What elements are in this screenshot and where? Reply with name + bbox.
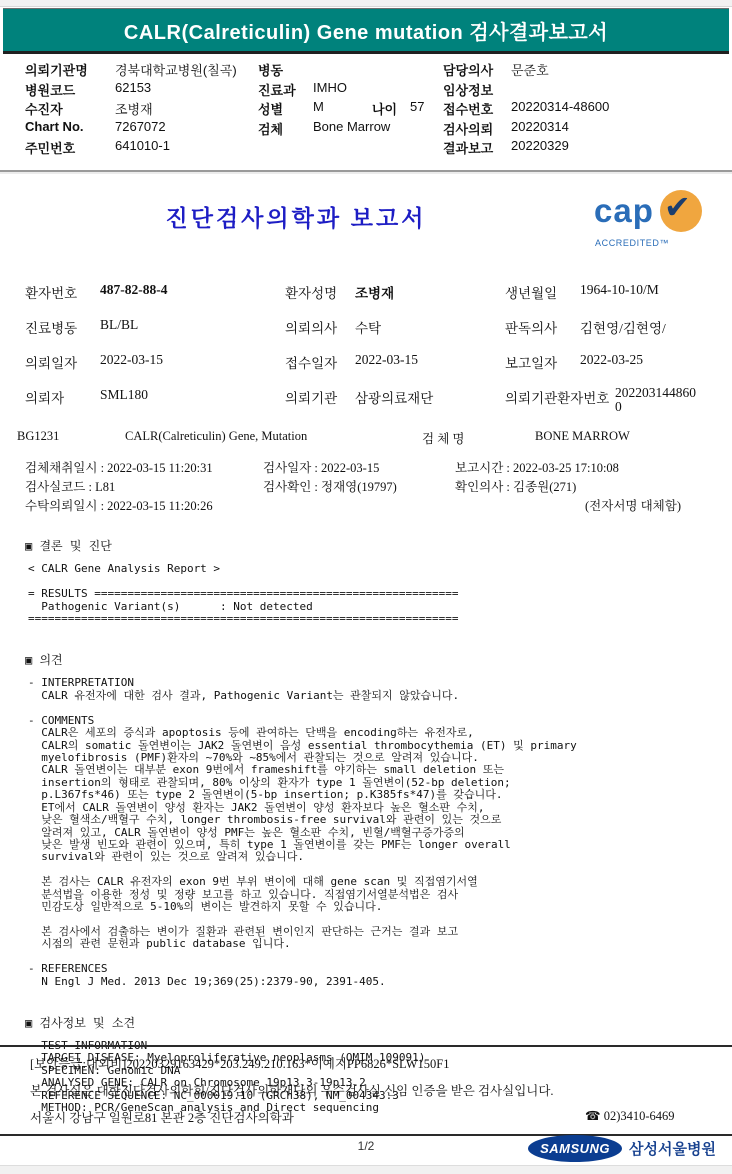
lab-details: 검체채취일시 : 2022-03-15 11:20:31 검사일자 : 2022… (25, 458, 732, 515)
header-row: 담당의사 문준호 (443, 60, 723, 80)
field-label: 접수번호 (443, 99, 511, 118)
field-label: 병동 (258, 60, 313, 79)
field-value: 57 (410, 99, 424, 114)
field-value: BL/BL (100, 317, 285, 337)
table-row: 환자번호 487-82-88-4 환자성명 조병재 생년월일 1964-10-1… (25, 282, 732, 302)
test-name: CALR(Calreticulin) Gene, Mutation (125, 429, 422, 447)
field-label: 접수일자 (285, 352, 355, 372)
field-label: 수진자 (25, 99, 115, 118)
footer-top-rule (0, 1045, 732, 1047)
patient-name: 조병재 (355, 282, 505, 302)
phone-icon: ☎ (585, 1109, 601, 1123)
header-row: 검체 Bone Marrow (258, 119, 443, 139)
field-label: 의뢰일자 (25, 352, 100, 372)
patient-number: 487-82-88-4 (100, 282, 285, 302)
cap-accredited-logo: ✔ cap ACCREDITED™ (594, 190, 704, 246)
field-label: 담당의사 (443, 60, 511, 79)
header-row: 주민번호 641010-1 (25, 138, 255, 158)
report-footer: [보안등급:대외비]20220329163429*203.249.210.163… (0, 1045, 732, 1153)
field-value: 보고시간 : 2022-03-25 17:10:08 (455, 458, 732, 477)
table-row: 검체채취일시 : 2022-03-15 11:20:31 검사일자 : 2022… (25, 458, 732, 477)
test-code: BG1231 (17, 429, 125, 447)
field-value: 2022-03-15 (100, 352, 285, 372)
field-label: 결과보고 (443, 138, 511, 157)
header-row: 접수번호 20220314-48600 (443, 99, 723, 119)
header-row: 진료과 IMHO (258, 80, 443, 100)
field-label: 환자번호 (25, 282, 100, 302)
field-value: 문준호 (511, 60, 549, 79)
field-label: Chart No. (25, 119, 115, 134)
security-line: [보안등급:대외비]20220329163429*203.249.210.163… (30, 1054, 732, 1072)
field-value: 검체채취일시 : 2022-03-15 11:20:31 (25, 458, 263, 477)
field-value: IMHO (313, 80, 347, 95)
field-label: 검사의뢰 (443, 119, 511, 138)
field-label: 병원코드 (25, 80, 115, 99)
samsung-logo-icon: SAMSUNG (528, 1135, 622, 1162)
order-header-left: 의뢰기관명 경북대학교병원(칠곡) 병원코드 62153 수진자 조병재 Cha… (25, 60, 255, 158)
field-value: 조병재 (115, 99, 153, 118)
header-row: 병원코드 62153 (25, 80, 255, 100)
lab-address: 서울시 강남구 일원로81 본관 2층 진단검사의학과 (30, 1111, 294, 1125)
accreditation-line: 본 검사실은 대한진단검사의학회/진단검사의학재단의 우수검사실 신임 인증을 … (30, 1081, 732, 1099)
field-value: 1964-10-10/M (580, 282, 732, 302)
field-value: 20220314 (511, 119, 569, 134)
field-value: Bone Marrow (313, 119, 390, 134)
field-label: 임상정보 (443, 80, 511, 99)
field-label: 의뢰기관환자번호 (505, 387, 615, 414)
field-value: 수탁 (355, 317, 505, 337)
field-value: 7267072 (115, 119, 166, 134)
conclusion-heading: ▣ 결론 및 진단 (25, 537, 732, 554)
opinion-heading: ▣ 의견 (25, 651, 732, 668)
field-value: 검사실코드 : L81 (25, 477, 263, 496)
field-label: 판독의사 (505, 317, 580, 337)
electronic-signature-note: (전자서명 대체함) (455, 496, 732, 515)
table-row: 검사실코드 : L81 검사확인 : 정재영(19797) 확인의사 : 김종원… (25, 477, 732, 496)
department-report-title: 진단검사의학과 보고서 (0, 200, 592, 233)
field-label: 의뢰기관명 (25, 60, 115, 79)
phone-line: ☎ 02)3410-6469 (585, 1108, 675, 1124)
top-strip (0, 0, 732, 7)
header-row: 병동 (258, 60, 443, 80)
field-label: 의뢰의사 (285, 317, 355, 337)
field-value: SML180 (100, 387, 285, 414)
field-label: 주민번호 (25, 138, 115, 157)
report-banner-title: CALR(Calreticulin) Gene mutation 검사결과보고서 (124, 16, 608, 45)
header-row: 임상정보 (443, 80, 723, 100)
field-label: 의뢰자 (25, 387, 100, 414)
opinion-body: - INTERPRETATION CALR 유전자에 대한 검사 결과, Pat… (28, 677, 732, 988)
field-label: 보고일자 (505, 352, 580, 372)
field-value: 수탁의뢰일시 : 2022-03-15 11:20:26 (25, 496, 263, 515)
report-banner: CALR(Calreticulin) Gene mutation 검사결과보고서 (3, 8, 729, 54)
test-title-row: BG1231 CALR(Calreticulin) Gene, Mutation… (17, 429, 732, 447)
phone-number: 02)3410-6469 (604, 1109, 675, 1123)
test-info-heading: ▣ 검사정보 및 소견 (25, 1014, 732, 1031)
cap-check-icon: ✔ (660, 190, 702, 232)
field-value: 62153 (115, 80, 151, 95)
table-row: 의뢰자 SML180 의뢰기관 삼광의료재단 의뢰기관환자번호 20220314… (25, 387, 732, 414)
field-label: 생년월일 (505, 282, 580, 302)
field-value: 2022-03-25 (580, 352, 732, 372)
cap-accredited-label: ACCREDITED™ (595, 238, 669, 248)
address-line: 서울시 강남구 일원로81 본관 2층 진단검사의학과 ☎ 02)3410-64… (30, 1108, 732, 1126)
order-header-middle: 병동 진료과 IMHO 성별 M 나이 57 검체 Bone Marrow (258, 60, 443, 138)
table-row: 진료병동 BL/BL 의뢰의사 수탁 판독의사 김현영/김현영/ (25, 317, 732, 337)
field-label: 환자성명 (285, 282, 355, 302)
field-value: 확인의사 : 김종원(271) (455, 477, 732, 496)
header-row: 성별 M 나이 57 (258, 99, 443, 119)
field-value (263, 496, 455, 515)
field-value: 경북대학교병원(칠곡) (115, 60, 237, 79)
title-row: 진단검사의학과 보고서 ✔ cap ACCREDITED™ (0, 174, 732, 262)
cap-wordmark: cap (594, 194, 654, 227)
conclusion-body: < CALR Gene Analysis Report > = RESULTS … (28, 563, 732, 625)
header-row: Chart No. 7267072 (25, 119, 255, 139)
field-value: 김현영/김현영/ (580, 317, 732, 337)
field-value: 641010-1 (115, 138, 170, 153)
header-row: 결과보고 20220329 (443, 138, 723, 158)
header-row: 의뢰기관명 경북대학교병원(칠곡) (25, 60, 255, 80)
header-row: 수진자 조병재 (25, 99, 255, 119)
field-label: 진료과 (258, 80, 313, 99)
field-value: 20220314-48600 (511, 99, 609, 114)
bottom-strip (0, 1165, 732, 1174)
field-label: 검체 (258, 119, 313, 138)
table-row: 의뢰일자 2022-03-15 접수일자 2022-03-15 보고일자 202… (25, 352, 732, 372)
field-label: 성별 (258, 99, 313, 118)
header-row: 검사의뢰 20220314 (443, 119, 723, 139)
field-label: 의뢰기관 (285, 387, 355, 414)
field-value: 삼광의료재단 (355, 387, 505, 414)
specimen-label: 검 체 명 (422, 429, 535, 447)
hospital-name: 삼성서울병원 (629, 1138, 716, 1159)
field-value: M (313, 99, 360, 114)
table-row: 수탁의뢰일시 : 2022-03-15 11:20:26 (전자서명 대체함) (25, 496, 732, 515)
field-value: 20220329 (511, 138, 569, 153)
field-label: 진료병동 (25, 317, 100, 337)
hospital-logo: SAMSUNG 삼성서울병원 (528, 1135, 716, 1162)
order-header: 의뢰기관명 경북대학교병원(칠곡) 병원코드 62153 수진자 조병재 Cha… (0, 54, 732, 166)
field-label: 나이 (372, 99, 410, 118)
field-value: 2022-03-15 (355, 352, 505, 372)
field-value: 2022031448600 (615, 386, 701, 414)
field-value: 검사일자 : 2022-03-15 (263, 458, 455, 477)
specimen-value: BONE MARROW (535, 429, 630, 447)
report-page: CALR(Calreticulin) Gene mutation 검사결과보고서… (0, 0, 732, 1174)
order-header-right: 담당의사 문준호 임상정보 접수번호 20220314-48600 검사의뢰 2… (443, 60, 723, 158)
field-value: 검사확인 : 정재영(19797) (263, 477, 455, 496)
samsung-wordmark: SAMSUNG (540, 1141, 610, 1156)
patient-info-table: 환자번호 487-82-88-4 환자성명 조병재 생년월일 1964-10-1… (25, 282, 732, 414)
